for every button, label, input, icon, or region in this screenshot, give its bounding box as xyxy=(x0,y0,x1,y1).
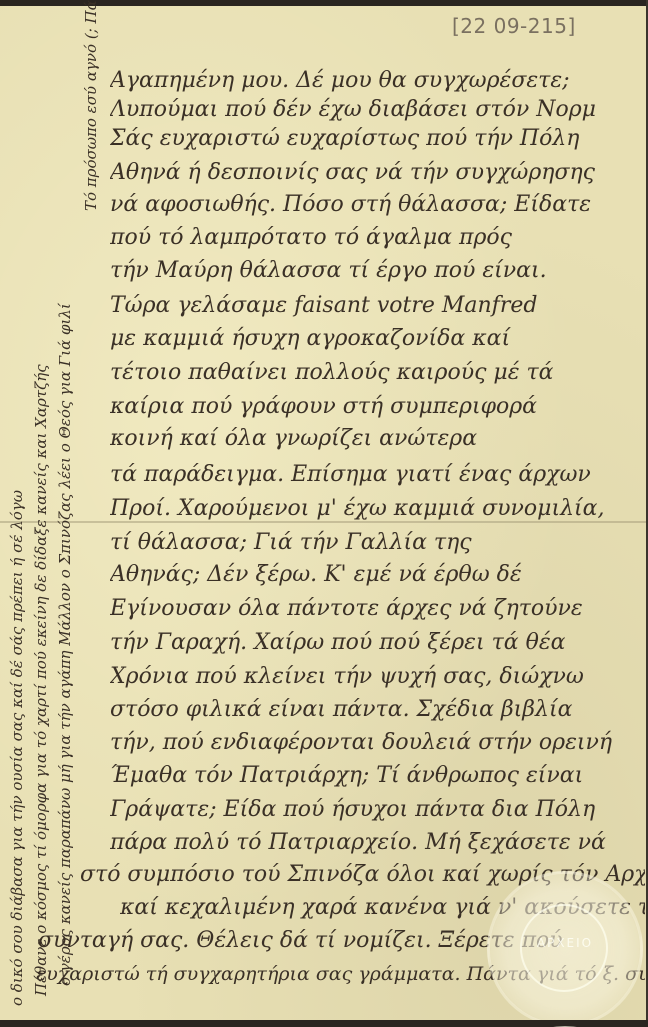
letter-page: [22 09-215] Αγαπημένη μου. Δέ μου θα συγ… xyxy=(0,6,646,1020)
margin-note: ο γέρος κανείς παραπάνω μή για τήν αγάπη… xyxy=(56,303,74,986)
letter-line: Αθηνάς; Δέν ξέρω. Κ' εμέ νά έρθω δέ xyxy=(110,562,645,588)
letter-line: Εγίνουσαν όλα πάντοτε άρχες νά ζητούνε xyxy=(110,596,645,622)
letter-line: πού τό λαμπρότατο τό άγαλμα πρός xyxy=(110,225,645,251)
letter-line: στόσο φιλικά είναι πάντα. Σχέδια βιβλία xyxy=(110,697,645,723)
margin-note: ο δικό σου διάβασα για τήν ουσία σας καί… xyxy=(8,490,26,1006)
archive-reference-label: [22 09-215] xyxy=(452,14,576,38)
letter-line: τήν Μαύρη θάλασσα τί έργο πού είναι. xyxy=(110,258,645,284)
margin-note: Τό πρόσωπο εσύ αγνό (; Πάντα πίσω xyxy=(82,0,100,211)
letter-line: κοινή καί όλα γνωρίζει ανώτερα xyxy=(110,426,645,452)
seal-text: ΑΡΧΕΙΟ xyxy=(490,936,640,950)
letter-line: Τώρα γελάσαμε faisant votre Manfred xyxy=(110,293,645,319)
letter-line: Γράψατε; Είδα πού ήσυχοι πάντα δια Πόλη xyxy=(110,797,645,823)
letter-line: τά παράδειγμα. Επίσημα γιατί ένας άρχων xyxy=(110,462,645,488)
letter-line: καίρια πού γράφουν στή συμπεριφορά xyxy=(110,394,645,420)
letter-line: Αγαπημένη μου. Δέ μου θα συγχωρέσετε; xyxy=(110,68,645,94)
margin-note: Πέθανε ο κόσμος τί όμορφα για τό χαρτί π… xyxy=(32,364,50,996)
letter-line: Αθηνά ή δεσποινίς σας νά τήν συγχώρησης xyxy=(110,160,645,186)
letter-line: νά αφοσιωθής. Πόσο στή θάλασσα; Είδατε xyxy=(110,192,645,218)
letter-line: τήν, πού ενδιαφέρονται δουλειά στήν ορει… xyxy=(110,730,645,756)
letter-line: τέτοιο παθαίνει πολλούς καιρούς μέ τά xyxy=(110,360,645,386)
scan-bottom-border xyxy=(0,1020,648,1026)
letter-line: πάρα πολύ τό Πατριαρχείο. Μή ξεχάσετε νά xyxy=(110,830,645,856)
letter-line: τί θάλασσα; Γιά τήν Γαλλία της xyxy=(110,530,645,556)
letter-line: τήν Γαραχή. Χαίρω πού πού ξέρει τά θέα xyxy=(110,630,645,656)
letter-line: Σάς ευχαριστώ ευχαρίστως πού τήν Πόλη xyxy=(110,126,645,152)
letter-line: Προί. Χαρούμενοι μ' έχω καμμιά συνομιλία… xyxy=(110,496,645,522)
archive-seal-watermark: ΑΡΧΕΙΟ xyxy=(487,871,643,1026)
letter-line: Έμαθα τόν Πατριάρχη; Τί άνθρωπος είναι xyxy=(110,763,645,789)
letter-line: Λυπούμαι πού δέν έχω διαβάσει στόν Νορμ xyxy=(110,97,645,123)
letter-line: Χρόνια πού κλείνει τήν ψυχή σας, διώχνω xyxy=(110,664,645,690)
letter-line: με καμμιά ήσυχη αγροκαζονίδα καί xyxy=(110,326,645,352)
